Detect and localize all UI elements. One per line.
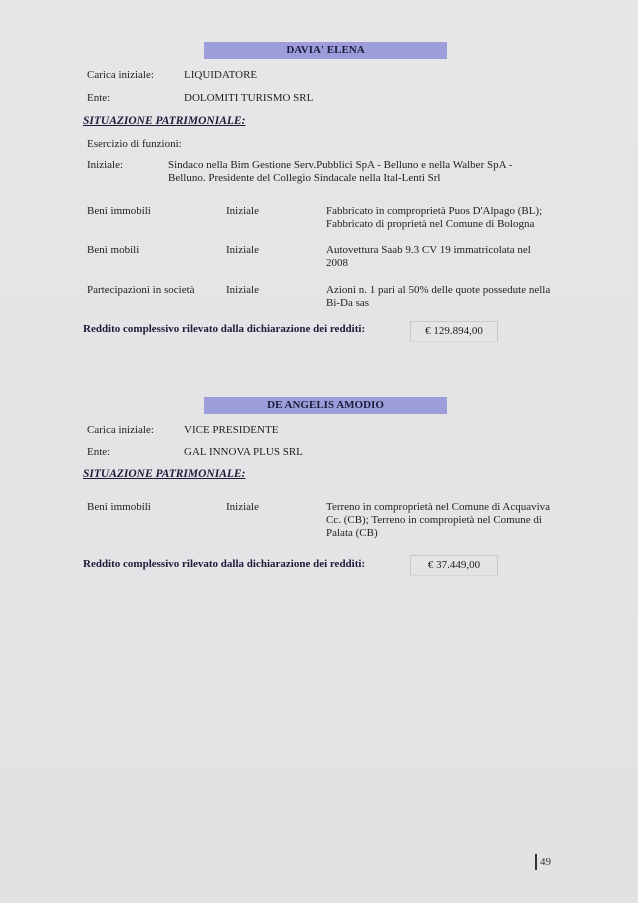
income-value: € 37.449,00 <box>410 555 498 576</box>
entity-label: Ente: <box>87 446 110 458</box>
role-label: Carica iniziale: <box>87 424 154 436</box>
asset-description: Azioni n. 1 pari al 50% delle quote poss… <box>326 284 551 310</box>
asset-category: Partecipazioni in società <box>87 284 195 296</box>
income-value: € 129.894,00 <box>410 321 498 342</box>
asset-status: Iniziale <box>226 501 259 513</box>
entity-value: GAL INNOVA PLUS SRL <box>184 446 303 458</box>
functions-initial-label: Iniziale: <box>87 159 123 171</box>
asset-category: Beni immobili <box>87 205 151 217</box>
role-label: Carica iniziale: <box>87 69 154 81</box>
asset-description: Terreno in comproprietà nel Comune di Ac… <box>326 501 566 540</box>
income-label: Reddito complessivo rilevato dalla dichi… <box>83 558 365 570</box>
section-title: SITUAZIONE PATRIMONIALE: <box>83 468 245 480</box>
document-page: DAVIA' ELENA Carica iniziale: LIQUIDATOR… <box>0 0 638 903</box>
asset-description: Fabbricato in comproprietà Puos D'Alpago… <box>326 205 566 231</box>
asset-category: Beni mobili <box>87 244 139 256</box>
person-name-header: DE ANGELIS AMODIO <box>204 397 447 414</box>
role-value: LIQUIDATORE <box>184 69 257 81</box>
asset-status: Iniziale <box>226 244 259 256</box>
entity-value: DOLOMITI TURISMO SRL <box>184 92 313 104</box>
role-value: VICE PRESIDENTE <box>184 424 278 436</box>
asset-category: Beni immobili <box>87 501 151 513</box>
entity-label: Ente: <box>87 92 110 104</box>
asset-status: Iniziale <box>226 284 259 296</box>
asset-status: Iniziale <box>226 205 259 217</box>
income-label: Reddito complessivo rilevato dalla dichi… <box>83 323 365 335</box>
functions-label: Esercizio di funzioni: <box>87 138 182 150</box>
section-title: SITUAZIONE PATRIMONIALE: <box>83 115 245 127</box>
page-number: 49 <box>535 854 551 870</box>
asset-description: Autovettura Saab 9.3 CV 19 immatricolata… <box>326 244 551 270</box>
functions-initial-value: Sindaco nella Bim Gestione Serv.Pubblici… <box>168 159 548 185</box>
person-name-header: DAVIA' ELENA <box>204 42 447 59</box>
